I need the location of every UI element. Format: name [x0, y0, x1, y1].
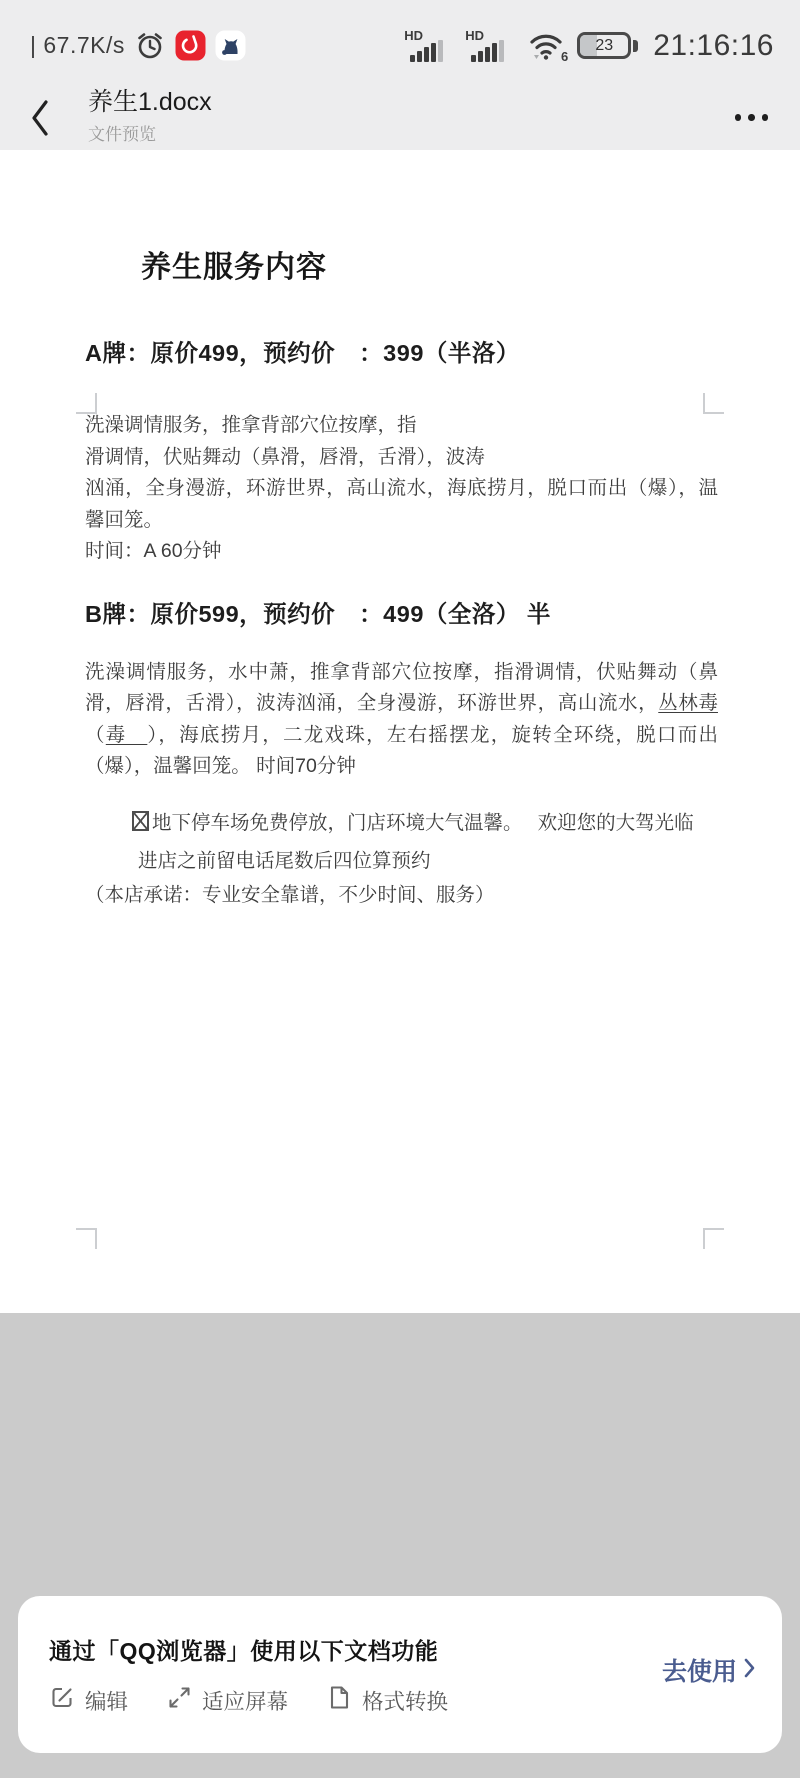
fit-screen-action[interactable]: 适应屏幕 [166, 1684, 288, 1716]
battery-level: 23 [580, 35, 628, 56]
underlined-text: 丛林毒 [658, 692, 718, 714]
missing-glyph-icon [132, 811, 149, 831]
page-corner-mark [703, 1228, 724, 1249]
parking-note: 地下停车场免费停放，门店环境大气温馨。 欢迎您的大驾光临 [85, 808, 718, 840]
battery-icon: 23 [577, 32, 638, 59]
section-a-heading: A牌：原价499，预约价 ：399（半洛） [85, 334, 718, 368]
underlined-text: 毒 [106, 724, 148, 746]
document-title: 养生服务内容 [141, 242, 718, 286]
clock-time: 21:16:16 [653, 29, 774, 63]
fit-screen-label: 适应屏幕 [202, 1685, 288, 1716]
booking-note: 进店之前留电话尾数后四位算预约 [85, 846, 718, 878]
wifi-icon: 6 [526, 28, 566, 64]
alarm-clock-icon [134, 30, 166, 62]
chevron-right-icon [743, 1657, 756, 1684]
format-convert-action[interactable]: 格式转换 [326, 1684, 448, 1716]
page-corner-mark [76, 1228, 97, 1249]
edit-icon [49, 1684, 76, 1716]
wifi-band-badge: 6 [561, 49, 568, 64]
app-header: 养生1.docx 文件预览 [0, 85, 800, 150]
section-b-body: 洗澡调情服务，水中萧，推拿背部穴位按摩，指滑调情，伏贴舞动（鼻滑，唇滑，舌滑），… [85, 657, 718, 783]
music-app-icon [175, 30, 206, 61]
bottom-sheet-title: 通过「QQ浏览器」使用以下文档功能 [49, 1633, 438, 1666]
edit-action[interactable]: 编辑 [49, 1684, 128, 1716]
file-preview-label: 文件预览 [88, 120, 212, 145]
document-content: 养生服务内容 A牌：原价499，预约价 ：399（半洛） 洗澡调情服务，推拿背部… [85, 150, 718, 911]
edit-label: 编辑 [85, 1685, 128, 1716]
fit-screen-icon [166, 1684, 193, 1716]
format-convert-icon [326, 1684, 353, 1716]
format-convert-label: 格式转换 [362, 1685, 448, 1716]
back-button[interactable] [30, 93, 70, 143]
promise-note: （本店承诺：专业安全靠谱，不少时间、服务） [85, 880, 718, 912]
doc-tools-bottom-sheet: 通过「QQ浏览器」使用以下文档功能 编辑 适应屏幕 [18, 1596, 782, 1753]
doc-tools: 编辑 适应屏幕 格式转换 [49, 1684, 448, 1716]
sim2-signal-icon: HD [465, 28, 515, 64]
more-menu-button[interactable] [733, 104, 771, 131]
section-b-heading: B牌：原价599，预约价 ：499（全洛） 半 [85, 595, 718, 629]
document-preview[interactable]: 养生服务内容 A牌：原价499，预约价 ：399（半洛） 洗澡调情服务，推拿背部… [0, 150, 800, 1313]
section-a-body: 洗澡调情服务，推拿背部穴位按摩，指 滑调情，伏贴舞动（鼻滑，唇滑，舌滑），波涛 … [85, 410, 718, 568]
go-use-button[interactable]: 去使用 [662, 1652, 756, 1688]
network-speed: | 67.7K/s [30, 32, 125, 59]
cat-app-icon [215, 30, 246, 61]
status-bar: | 67.7K/s [0, 0, 800, 85]
phone-screen: | 67.7K/s [0, 0, 800, 1778]
file-title: 养生1.docx [88, 87, 212, 117]
sim1-signal-icon: HD [404, 28, 454, 64]
